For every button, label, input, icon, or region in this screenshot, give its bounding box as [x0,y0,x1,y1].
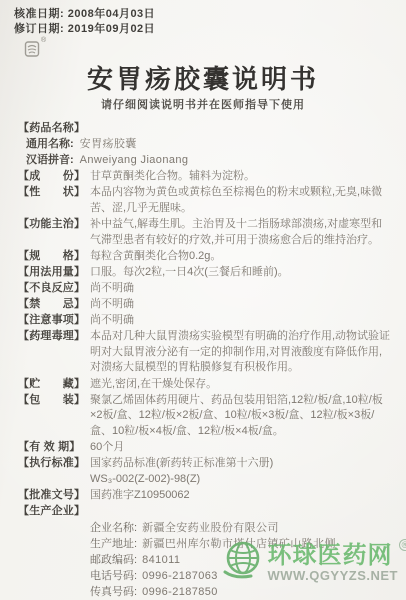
approval-date-label: 核准日期: [14,8,64,20]
row-contraindications: 【禁 忌】 尚不明确 [0,297,406,313]
field-label: 【用法用量】 [18,265,90,281]
row-indications: 【功能主治】 补中益气,解毒生肌。主治胃及十二指肠球部溃疡,对虚寒型和气滞型患者… [0,217,406,248]
row-generic-name: 通用名称: 安胃疡胶囊 [0,137,406,153]
standard-line-1: 国家药品标准(新药转正标准第十六册) [90,456,392,472]
field-label: 【执行标准】 [18,456,90,487]
company-field-value: 841011 [142,552,180,568]
row-specification: 【规 格】 每粒含黄酮类化合物0.2g。 [0,249,406,265]
watermark-registered-mark: ® [399,539,406,551]
generic-name-label: 通用名称: [26,137,74,153]
company-field-value: 0996-2187850 [142,584,218,600]
company-seal-icon [24,40,40,63]
company-field-value: 0996-2187063 [142,568,218,584]
company-field-label: 生产地址: [90,536,137,552]
producer-section-label: 【生产企业】 [18,504,90,520]
row-company-name: 企业名称: 新疆全安药业股份有限公司 [0,520,406,536]
field-label: 【功能主治】 [18,217,90,248]
field-label: 【药理毒理】 [18,329,90,376]
field-label: 【禁 忌】 [18,297,90,313]
drug-name-section-label: 【药品名称】 [18,121,90,137]
field-label: 【规 格】 [18,249,90,265]
field-label: 【批准文号】 [18,488,90,504]
pinyin-value: Anweiyang Jiaonang [80,153,189,169]
field-label: 【不良反应】 [18,281,90,297]
revision-date-value: 2019年09月02日 [68,23,155,35]
date-header: 核准日期: 2008年04月03日 修订日期: 2019年09月02日 [0,0,406,37]
field-label: 【有 效 期】 [18,440,90,456]
approval-date-value: 2008年04月03日 [68,8,155,20]
field-value: 尚不明确 [90,297,392,313]
field-value: 国家药品标准(新药转正标准第十六册) WS₃-002(Z-002)-98(Z) [90,456,392,487]
row-storage: 【贮 藏】 遮光,密闭,在干燥处保存。 [0,377,406,393]
field-label: 【包 装】 [18,393,90,440]
row-validity: 【有 效 期】 60个月 [0,440,406,456]
seal-row: ® [24,40,406,64]
row-fax-number: 传真号码: 0996-2187850 [0,584,406,600]
standard-line-2: WS₃-002(Z-002)-98(Z) [90,472,392,488]
pinyin-label: 汉语拼音: [26,153,74,169]
field-value: 本品对几种大鼠胃溃疡实验模型有明确的治疗作用,动物试验证明对大鼠胃液分泌有一定的… [90,329,392,376]
site-watermark: 环球医药网 ® WWW.QGYYZS.NET [221,539,399,586]
field-label: 【贮 藏】 [18,377,90,393]
field-value: 尚不明确 [90,313,392,329]
field-value: 补中益气,解毒生肌。主治胃及十二指肠球部溃疡,对虚寒型和气滞型患者有较好的疗效,… [90,217,392,248]
row-producer-section: 【生产企业】 [0,504,406,520]
field-label: 【注意事项】 [18,313,90,329]
company-field-label: 企业名称: [90,520,137,536]
field-value: 每粒含黄酮类化合物0.2g。 [90,249,392,265]
field-value: 口服。每次2粒,一日4次(三餐后和睡前)。 [90,265,392,281]
row-drug-name-section: 【药品名称】 [0,121,406,137]
field-value: 国药准字Z10950062 [90,488,392,504]
drug-leaflet-page: 核准日期: 2008年04月03日 修订日期: 2019年09月02日 ® 安胃… [0,0,406,600]
field-value: 60个月 [90,440,392,456]
watermark-site-url: WWW.QGYYZS.NET [268,569,399,583]
row-adverse-reactions: 【不良反应】 尚不明确 [0,281,406,297]
row-precautions: 【注意事项】 尚不明确 [0,313,406,329]
company-field-value: 新疆全安药业股份有限公司 [142,520,279,536]
company-field-label: 传真号码: [90,584,137,600]
company-field-label: 电话号码: [90,568,137,584]
row-pinyin: 汉语拼音: Anweiyang Jiaonang [0,153,406,169]
revision-date-label: 修订日期: [14,23,64,35]
globe-icon [221,539,263,586]
field-value: 本品内容物为黄色或黄棕色至棕褐色的粉末或颗粒,无臭,味微苦、涩,几乎无腥味。 [90,185,392,216]
row-standard: 【执行标准】 国家药品标准(新药转正标准第十六册) WS₃-002(Z-002)… [0,456,406,487]
row-dosage: 【用法用量】 口服。每次2粒,一日4次(三餐后和睡前)。 [0,265,406,281]
approval-date-line: 核准日期: 2008年04月03日 [14,7,406,22]
watermark-text: 环球医药网 ® WWW.QGYYZS.NET [268,543,399,583]
watermark-site-name: 环球医药网 [268,543,399,569]
page-subtitle: 请仔细阅读说明书并在医师指导下使用 [0,98,406,112]
generic-name-value: 安胃疡胶囊 [80,137,137,153]
row-pharmacology: 【药理毒理】 本品对几种大鼠胃溃疡实验模型有明确的治疗作用,动物试验证明对大鼠胃… [0,329,406,376]
page-title: 安胃疡胶囊说明书 [0,65,406,93]
company-field-label: 邮政编码: [90,552,137,568]
seal-registered-mark: ® [41,37,46,44]
field-value: 甘草黄酮类化合物。辅料为淀粉。 [90,169,392,185]
row-approval-number: 【批准文号】 国药准字Z10950062 [0,488,406,504]
row-composition: 【成 份】 甘草黄酮类化合物。辅料为淀粉。 [0,169,406,185]
field-label: 【性 状】 [18,185,90,216]
row-properties: 【性 状】 本品内容物为黄色或黄棕色至棕褐色的粉末或颗粒,无臭,味微苦、涩,几乎… [0,185,406,216]
field-label: 【成 份】 [18,169,90,185]
row-packaging: 【包 装】 聚氯乙烯固体药用硬片、药品包装用铝箔,12粒/板/盒,10粒/板×2… [0,393,406,440]
field-value: 尚不明确 [90,281,392,297]
field-value: 遮光,密闭,在干燥处保存。 [90,377,392,393]
revision-date-line: 修订日期: 2019年09月02日 [14,22,406,37]
field-value: 聚氯乙烯固体药用硬片、药品包装用铝箔,12粒/板/盒,10粒/板×2板/盒、12… [90,393,392,440]
